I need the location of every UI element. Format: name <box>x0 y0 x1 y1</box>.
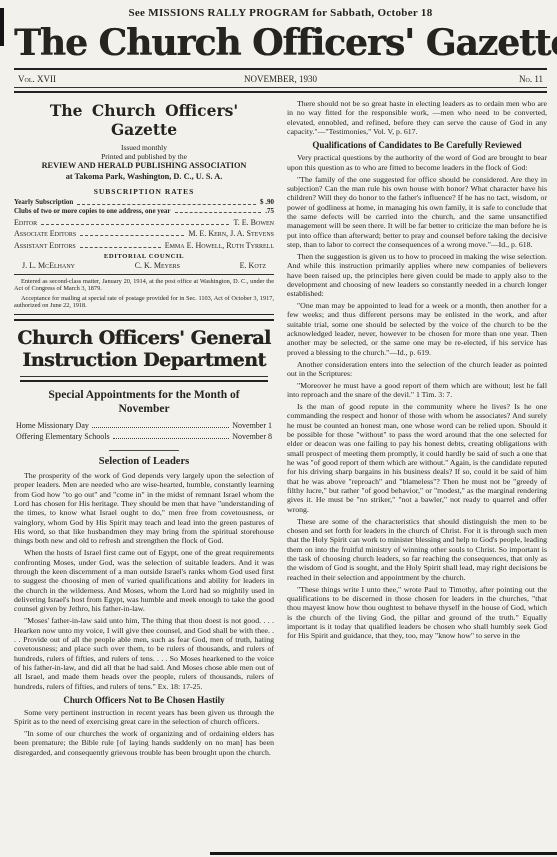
staff-names: M. E. Kern, J. A. Stevens <box>188 229 274 238</box>
paragraph: "In some of our churches the work of org… <box>14 729 274 757</box>
paragraph: These are some of the characteristics th… <box>287 517 547 582</box>
appointments-heading-line2: November <box>22 402 266 416</box>
appointment-date: November 8 <box>232 432 272 441</box>
staff-row-assistant-editors: Assistant Editors Emma E. Howell, Ruth T… <box>14 241 274 250</box>
scan-artifact-left-edge <box>0 8 4 46</box>
section-divider <box>109 450 179 451</box>
leader-dashes <box>77 204 256 205</box>
publication-info-box: The Church Officers' Gazette Issued mont… <box>14 101 274 321</box>
editorial-council-heading: EDITORIAL COUNCIL <box>14 253 274 260</box>
article-subheading: Church Officers Not to Be Chosen Hastily <box>14 695 274 705</box>
rate-label: Yearly Subscription <box>14 198 73 207</box>
paragraph: When the hosts of Israel first came out … <box>14 548 274 613</box>
staff-role: Associate Editors <box>14 229 76 238</box>
paragraph: The prosperity of the work of God depend… <box>14 471 274 546</box>
department-rule <box>20 376 268 382</box>
paragraph: "Moses' father-in-law said unto him, The… <box>14 616 274 691</box>
subscription-rates-heading: SUBSCRIPTION RATES <box>14 187 274 196</box>
appointment-label: Offering Elementary Schools <box>16 432 110 441</box>
leader-dots <box>113 438 230 439</box>
gazette-page: See MISSIONS RALLY PROGRAM for Sabbath, … <box>0 0 557 857</box>
issued-line: Issued monthly <box>14 143 274 152</box>
issue-date: NOVEMBER, 1930 <box>14 74 547 84</box>
qualifications-heading: Qualifications of Candidates to Be Caref… <box>287 140 547 150</box>
appointment-row: Offering Elementary Schools November 8 <box>16 432 272 441</box>
council-member: J. L. McElhany <box>22 261 75 270</box>
leader-dashes <box>80 235 184 236</box>
rally-banner: See MISSIONS RALLY PROGRAM for Sabbath, … <box>14 7 547 19</box>
page-columns: The Church Officers' Gazette Issued mont… <box>14 99 547 760</box>
council-member: E. Kotz <box>240 261 266 270</box>
council-member: C. K. Meyers <box>135 261 180 270</box>
paragraph: Some very pertinent instruction in recen… <box>14 708 274 727</box>
publication-title: The Church Officers' Gazette <box>14 101 274 139</box>
issue-info-rule <box>14 87 547 93</box>
acceptance-notice: Acceptance for mailing at special rate o… <box>14 295 274 310</box>
leader-dashes <box>175 212 262 213</box>
paragraph: "The family of the one suggested for off… <box>287 175 547 250</box>
masthead-title: The Church Officers' Gazette <box>14 22 547 64</box>
scan-artifact-bottom-edge <box>210 852 557 855</box>
rate-price: $ .90 <box>260 198 274 207</box>
staff-role: Assistant Editors <box>14 241 76 250</box>
article-heading: Selection of Leaders <box>14 456 274 467</box>
appointment-row: Home Missionary Day November 1 <box>16 421 272 430</box>
paragraph: Very practical questions by the authorit… <box>287 153 547 172</box>
editorial-council-names: J. L. McElhany C. K. Meyers E. Kotz <box>14 260 274 270</box>
publisher-line: REVIEW AND HERALD PUBLISHING ASSOCIATION <box>14 161 274 172</box>
staff-names: T. E. Bowen <box>233 218 274 227</box>
box-end-rule <box>14 314 274 321</box>
paragraph: Then the suggestion is given us to how t… <box>287 252 547 299</box>
staff-role: Editor <box>14 218 37 227</box>
leader-dots <box>92 427 229 428</box>
appointment-label: Home Missionary Day <box>16 421 89 430</box>
paragraph: There should not be so great haste in el… <box>287 99 547 136</box>
issue-info-row: Vol. XVII NOVEMBER, 1930 No. 11 <box>14 70 547 87</box>
publisher-address: at Takoma Park, Washington, D. C., U. S.… <box>14 172 274 183</box>
entered-notice: Entered as second-class matter, January … <box>14 278 274 293</box>
appointments-heading-line1: Special Appointments for the Month of <box>22 388 266 402</box>
right-column: There should not be so great haste in el… <box>287 99 547 760</box>
fineprint-rule <box>14 274 274 275</box>
paragraph: "One man may be appointed to lead for a … <box>287 301 547 357</box>
article-after-paragraphs: Some very pertinent instruction in recen… <box>14 708 274 757</box>
paragraph: Another consideration enters into the se… <box>287 360 547 379</box>
article-intro-paragraphs: The prosperity of the work of God depend… <box>14 471 274 691</box>
staff-row-editor: Editor T. E. Bowen <box>14 218 274 227</box>
department-title-line2: Instruction Department <box>14 349 274 371</box>
rate-label: Clubs of two or more copies to one addre… <box>14 207 171 216</box>
department-title-line1: Church Officers' General <box>14 327 274 349</box>
paragraph: Is the man of good repute in the communi… <box>287 402 547 514</box>
staff-row-associate-editors: Associate Editors M. E. Kern, J. A. Stev… <box>14 229 274 238</box>
printed-by-line: Printed and published by the <box>14 152 274 161</box>
rate-row-yearly: Yearly Subscription $ .90 <box>14 198 274 207</box>
leader-dashes <box>80 247 161 248</box>
left-column: The Church Officers' Gazette Issued mont… <box>14 99 274 760</box>
rate-row-clubs: Clubs of two or more copies to one addre… <box>14 207 274 216</box>
staff-names: Emma E. Howell, Ruth Tyrrell <box>165 241 274 250</box>
paragraph: "These things write I unto thee," wrote … <box>287 585 547 641</box>
rate-price: .75 <box>265 207 274 216</box>
appointments-heading: Special Appointments for the Month of No… <box>22 388 266 416</box>
department-title: Church Officers' General Instruction Dep… <box>14 327 274 371</box>
appointment-date: November 1 <box>232 421 272 430</box>
leader-dashes <box>41 224 229 225</box>
paragraph: "Moreover he must have a good report of … <box>287 381 547 400</box>
right-top-paragraphs: There should not be so great haste in el… <box>287 99 547 136</box>
right-paragraphs: Very practical questions by the authorit… <box>287 153 547 640</box>
